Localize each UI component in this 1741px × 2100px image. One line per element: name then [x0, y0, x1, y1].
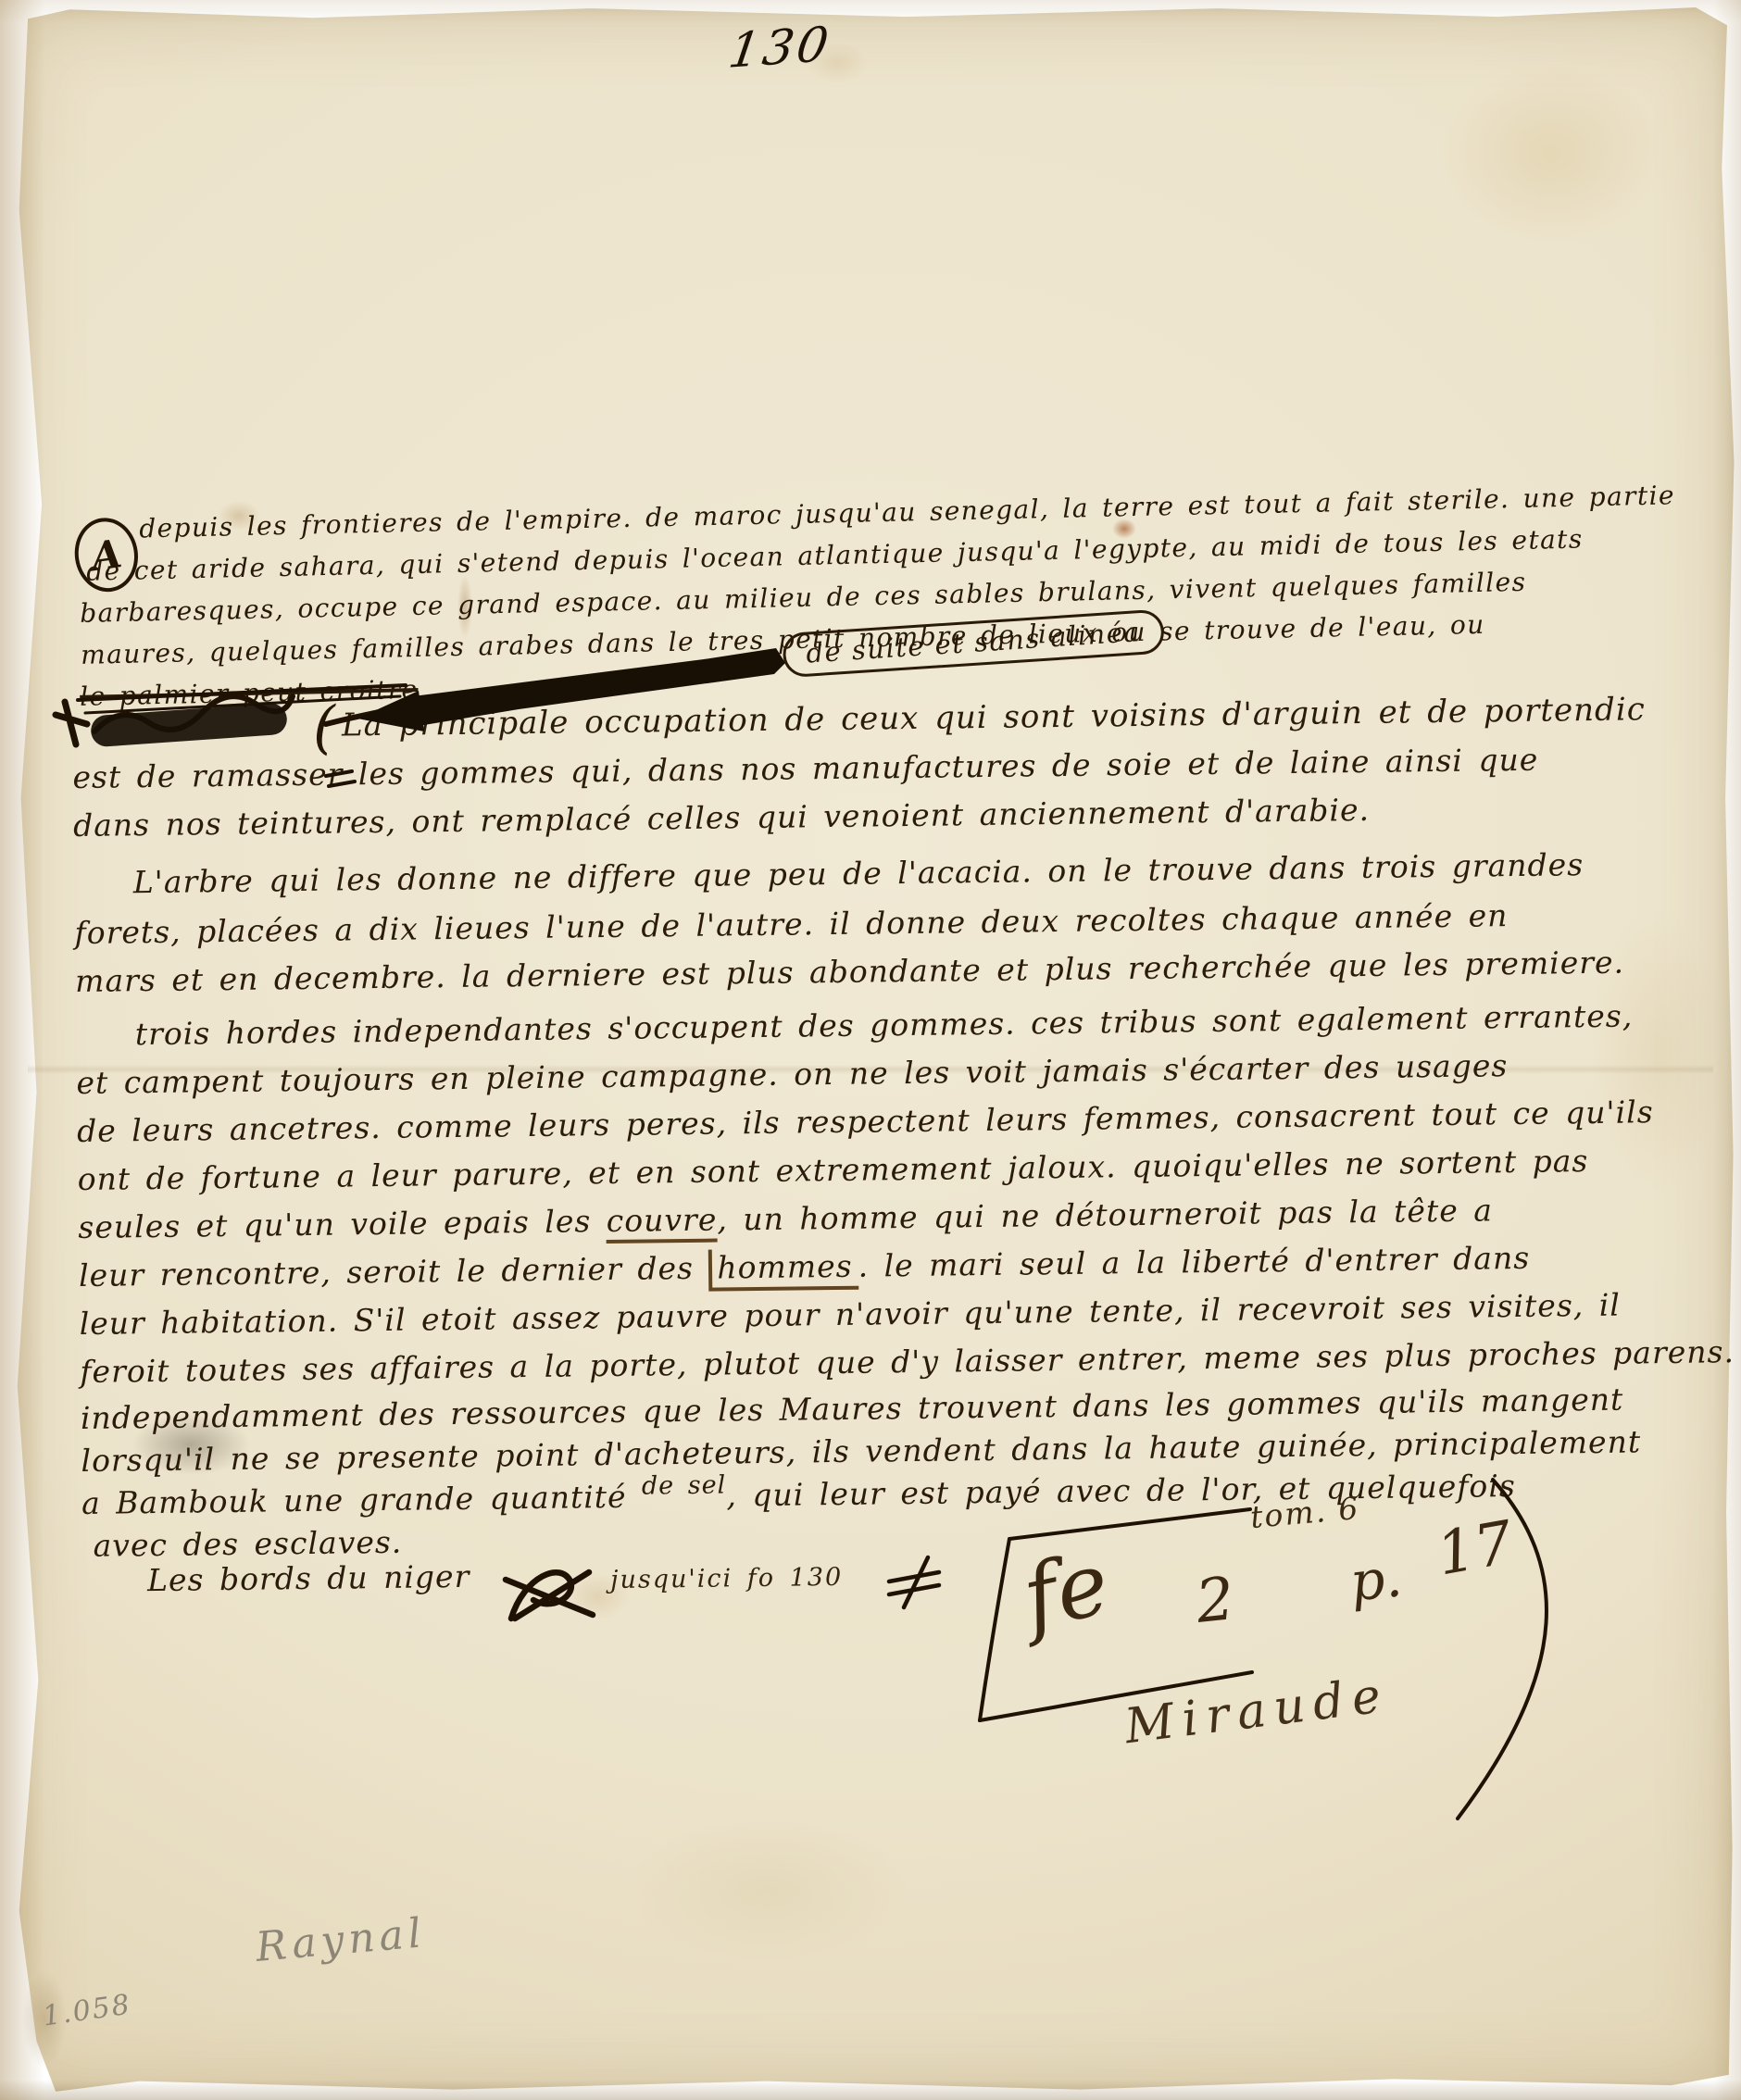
manuscript-line: leur rencontre, seroit le dernier des ho…	[79, 1240, 1531, 1294]
reference-number: 2	[1193, 1565, 1237, 1637]
manuscript-line: de leurs ancetres. comme leurs peres, il…	[77, 1094, 1654, 1149]
main-text-block: (La principale occupation de ceux qui so…	[0, 0, 1741, 2100]
manuscript-line: avec des esclaves.	[93, 1524, 402, 1564]
manuscript-line: est de ramasser les gommes qui, dans nos…	[72, 742, 1538, 795]
line-text: leur rencontre, seroit le dernier des	[79, 1250, 709, 1294]
line-text: a Bambouk une grande quantité	[81, 1479, 642, 1521]
manuscript-line: L'arbre qui les donne ne differe que peu…	[133, 846, 1584, 900]
catchword-line: Les bords du niger	[147, 1558, 470, 1598]
bracketed-word: hommes	[708, 1248, 858, 1292]
manuscript-line: seules et qu'un voile epais les couvre, …	[78, 1192, 1493, 1245]
insertion-paren-mark: (	[312, 694, 336, 761]
manuscript-line: mars et en decembre. la derniere est plu…	[75, 944, 1624, 999]
manuscript-line: forets, placées a dix lieues l'une de l'…	[74, 897, 1508, 951]
manuscript-line: ont de fortune a leur parure, et en sont…	[78, 1143, 1589, 1197]
interlinear-insertion: de sel	[642, 1470, 727, 1500]
manuscript-line: leur habitation. S'il etoit assez pauvre…	[79, 1287, 1621, 1342]
line-text: . le mari seul a la liberté d'entrer dan…	[858, 1240, 1530, 1284]
manuscript-line: feroit toutes ses affaires a la porte, p…	[80, 1333, 1735, 1390]
line-text: , qui leur est payé avec de l'or, et que…	[726, 1468, 1516, 1513]
underlined-word: couvre	[607, 1202, 718, 1244]
line-text: seules et qu'un voile epais les	[78, 1203, 607, 1245]
manuscript-line: dans nos teintures, ont remplacé celles …	[73, 792, 1370, 844]
page-reference: 17	[1432, 1508, 1518, 1589]
line-text: La principale occupation de ceux qui son…	[342, 691, 1646, 744]
page-abbreviation: p.	[1347, 1545, 1405, 1613]
manuscript-scan: 130 A depuis les frontieres de l'empire.…	[0, 0, 1741, 2100]
line-text: , un homme qui ne détourneroit pas la tê…	[717, 1192, 1493, 1237]
foliation-note: jusqu'ici fo 130	[610, 1563, 843, 1594]
manuscript-line: trois hordes independantes s'occupent de…	[135, 997, 1634, 1052]
manuscript-line: et campent toujours en pleine campagne. …	[76, 1047, 1508, 1101]
